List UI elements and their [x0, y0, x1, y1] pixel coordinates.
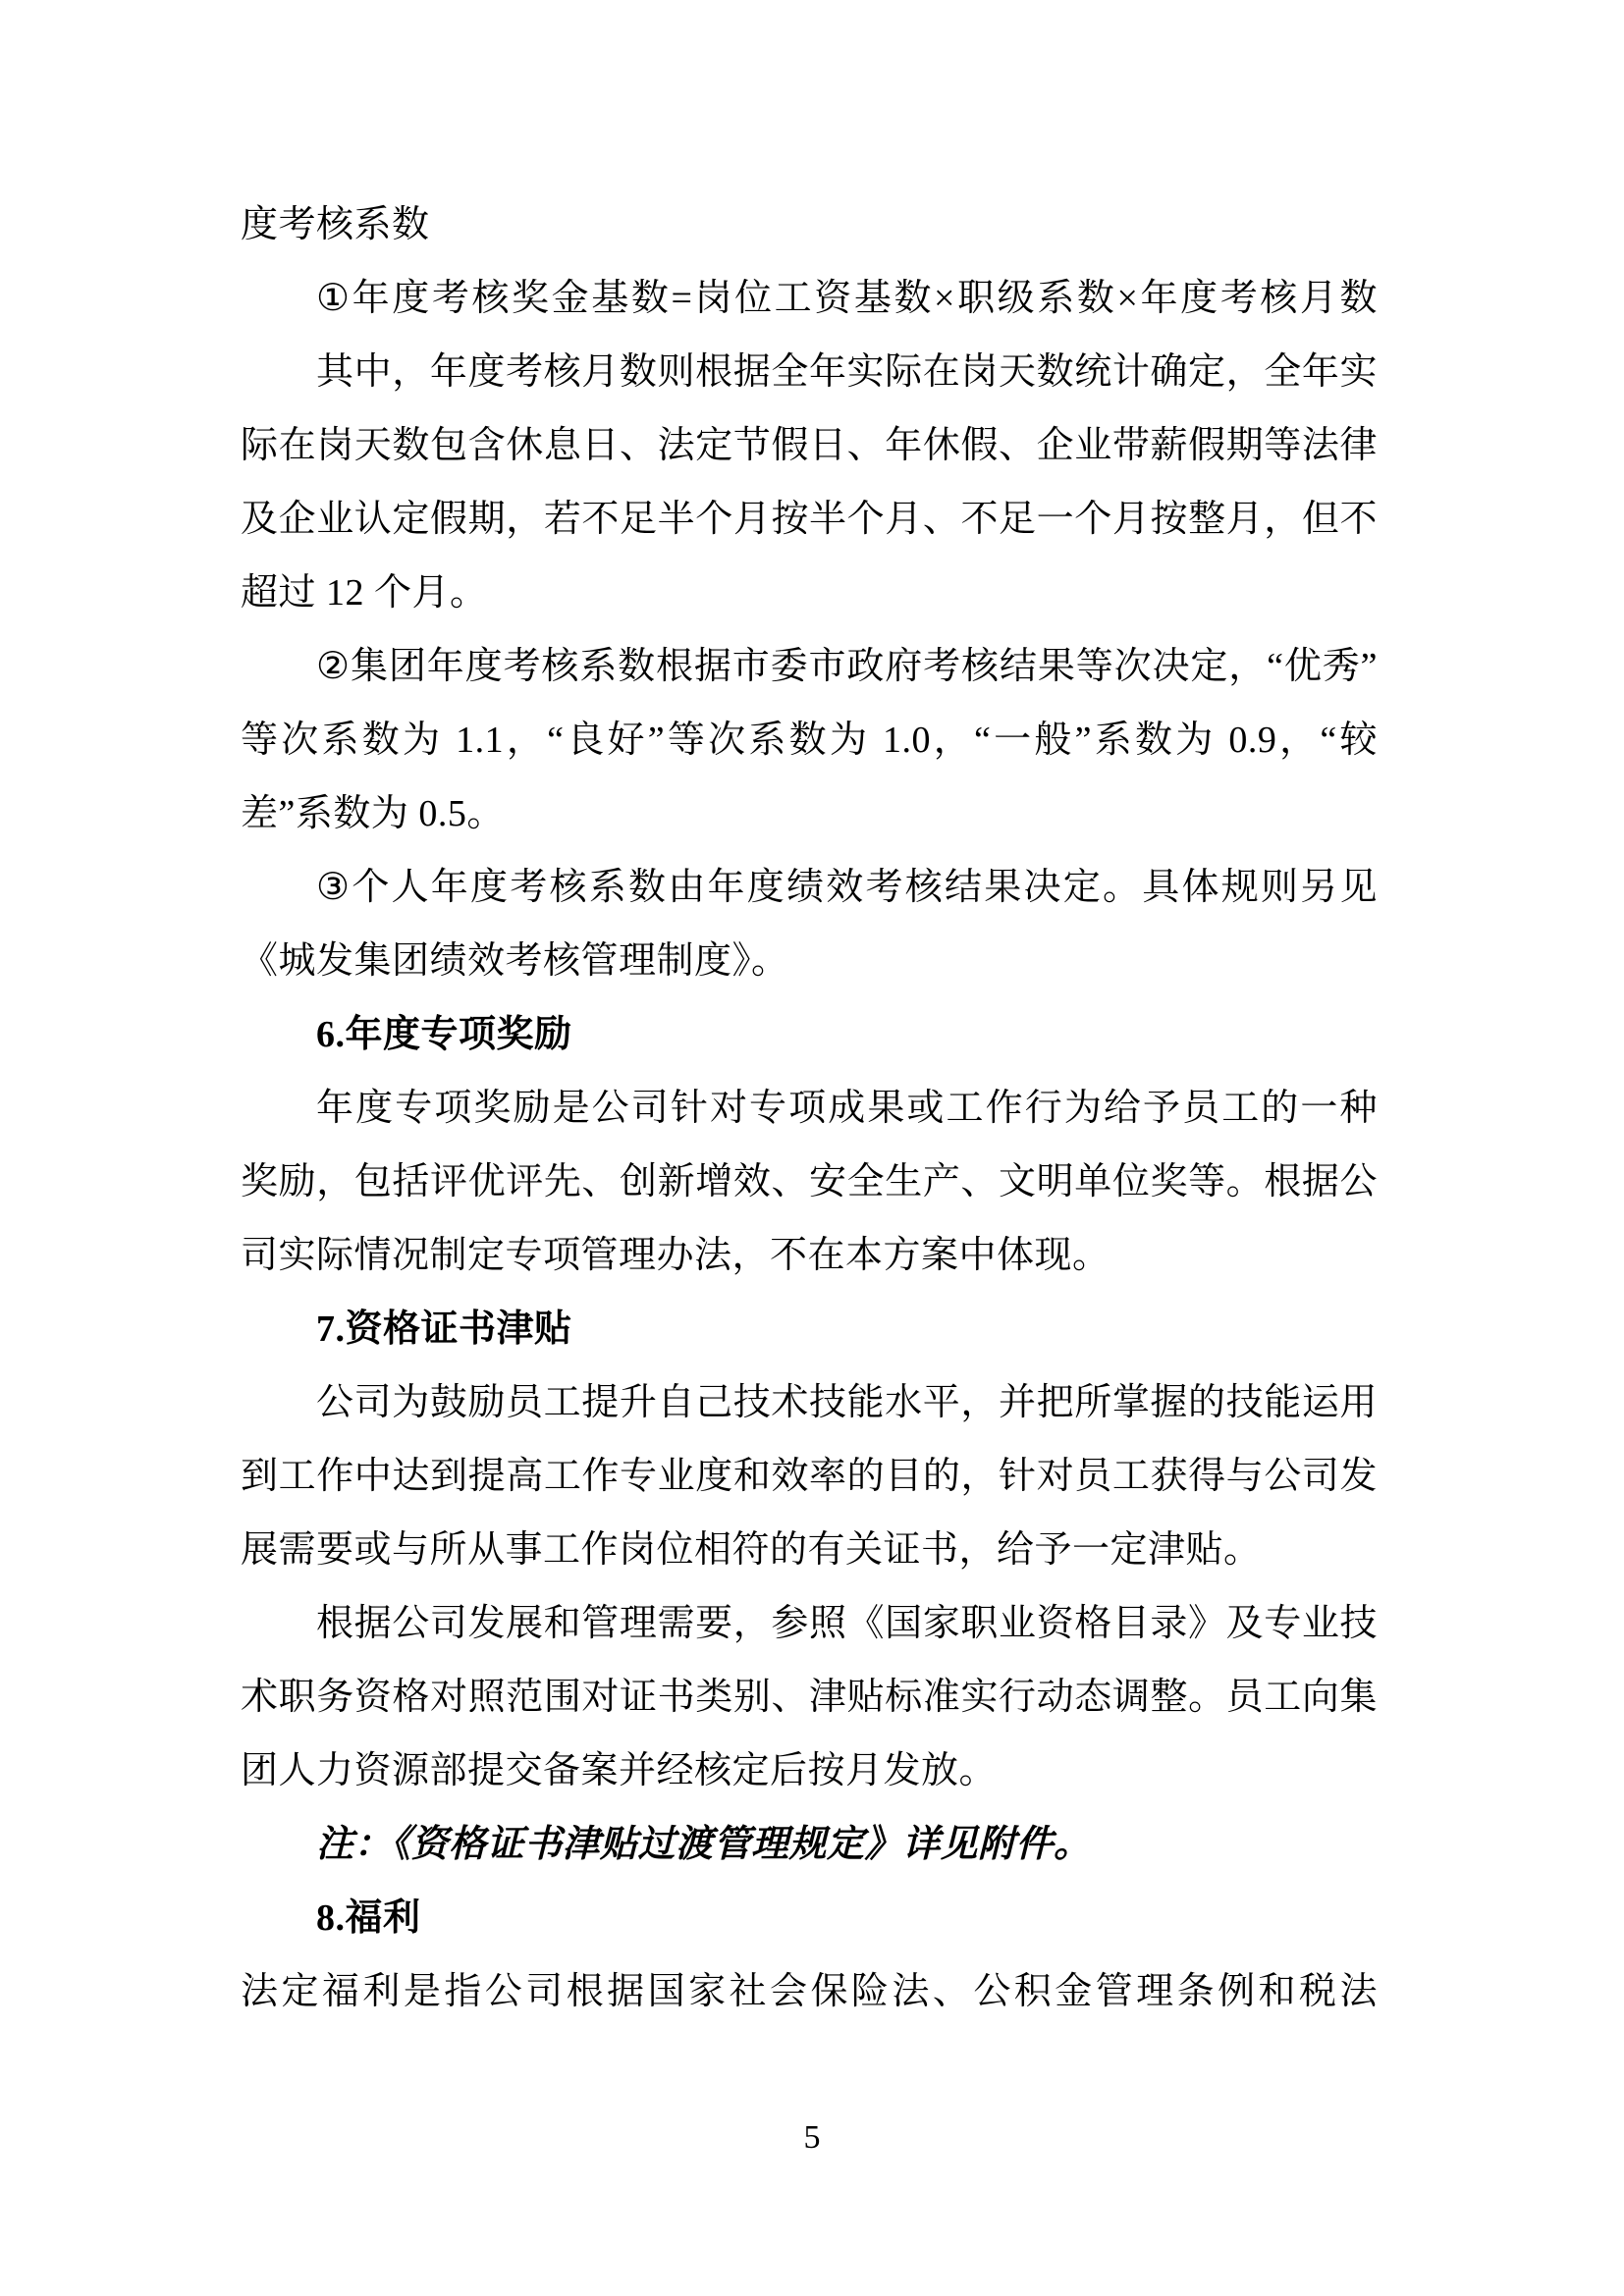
paragraph-line: ①年度考核奖金基数=岗位工资基数×职级系数×年度考核月数	[241, 262, 1378, 336]
note-line: 注：《资格证书津贴过渡管理规定》详见附件。	[241, 1808, 1378, 1882]
paragraph-line: ②集团年度考核系数根据市委市政府考核结果等次决定，“优秀”	[241, 630, 1378, 704]
section-heading-8: 8.福利	[241, 1882, 1378, 1955]
section-heading-6: 6.年度专项奖励	[241, 998, 1378, 1072]
paragraph-line: 度考核系数	[241, 188, 1378, 262]
paragraph-line: 及企业认定假期，若不足半个月按半个月、不足一个月按整月，但不	[241, 483, 1378, 557]
paragraph-line: 等次系数为 1.1，“良好”等次系数为 1.0，“一般”系数为 0.9，“较	[241, 704, 1378, 777]
paragraph-line: 术职务资格对照范围对证书类别、津贴标准实行动态调整。员工向集	[241, 1661, 1378, 1735]
paragraph-line: 超过 12 个月。	[241, 557, 1378, 630]
paragraph-line: 团人力资源部提交备案并经核定后按月发放。	[241, 1735, 1378, 1808]
paragraph-line: 际在岗天数包含休息日、法定节假日、年休假、企业带薪假期等法律	[241, 409, 1378, 483]
paragraph-line: 展需要或与所从事工作岗位相符的有关证书，给予一定津贴。	[241, 1514, 1378, 1587]
paragraph-line: 其中，年度考核月数则根据全年实际在岗天数统计确定，全年实	[241, 336, 1378, 409]
section-heading-7: 7.资格证书津贴	[241, 1293, 1378, 1366]
paragraph-line: 根据公司发展和管理需要，参照《国家职业资格目录》及专业技	[241, 1587, 1378, 1661]
page-number: 5	[0, 2109, 1624, 2167]
paragraph-line: ③个人年度考核系数由年度绩效考核结果决定。具体规则另见	[241, 851, 1378, 925]
paragraph-line: 司实际情况制定专项管理办法，不在本方案中体现。	[241, 1219, 1378, 1293]
paragraph-line: 年度专项奖励是公司针对专项成果或工作行为给予员工的一种	[241, 1072, 1378, 1146]
paragraph-line: 奖励，包括评优评先、创新增效、安全生产、文明单位奖等。根据公	[241, 1146, 1378, 1219]
paragraph-line: 公司为鼓励员工提升自己技术技能水平，并把所掌握的技能运用	[241, 1366, 1378, 1440]
document-body: 度考核系数 ①年度考核奖金基数=岗位工资基数×职级系数×年度考核月数 其中，年度…	[241, 188, 1378, 2029]
paragraph-line: 到工作中达到提高工作专业度和效率的目的，针对员工获得与公司发	[241, 1440, 1378, 1514]
paragraph-line: 《城发集团绩效考核管理制度》。	[241, 925, 1378, 998]
paragraph-line: 差”系数为 0.5。	[241, 777, 1378, 851]
paragraph-line: 法定福利是指公司根据国家社会保险法、公积金管理条例和税法	[241, 1955, 1378, 2029]
document-page: 度考核系数 ①年度考核奖金基数=岗位工资基数×职级系数×年度考核月数 其中，年度…	[0, 0, 1624, 2296]
